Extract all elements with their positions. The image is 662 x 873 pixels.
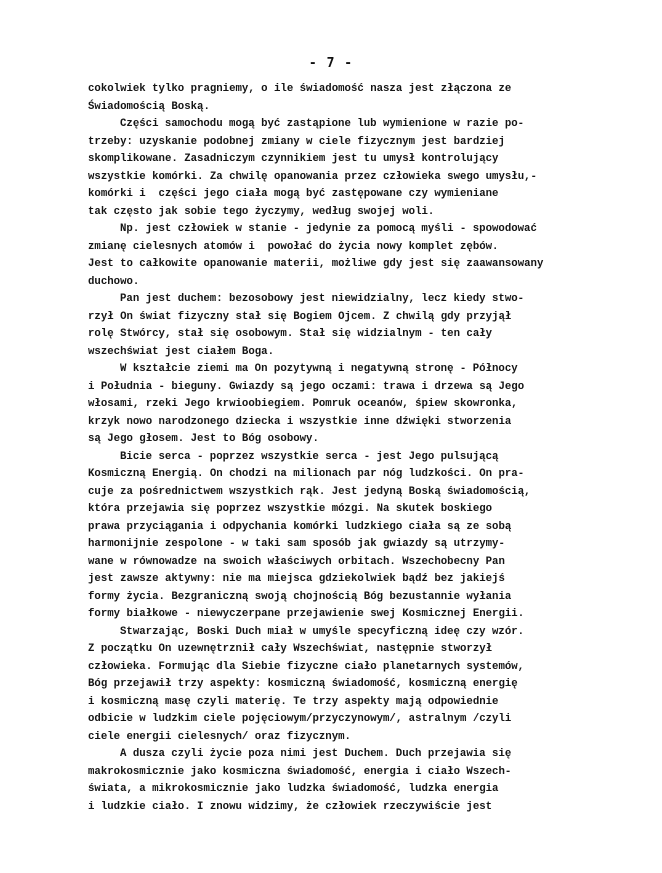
text-line: prawa przyciągania i odpychania komórki … <box>88 519 648 537</box>
text-line: zmianę cielesnych atomów i powołać do ży… <box>88 239 648 257</box>
text-line: wane w równowadze na swoich właściwych o… <box>88 554 648 572</box>
text-line: która przejawia się poprzez wszystkie mó… <box>88 501 648 519</box>
text-line: rolę Stwórcy, stał się osobowym. Stał si… <box>88 326 648 344</box>
text-line: włosami, rzeki Jego krwioobiegiem. Pomru… <box>88 396 648 414</box>
text-line: wszechświat jest ciałem Boga. <box>88 344 648 362</box>
text-line: Świadomością Boską. <box>88 99 648 117</box>
text-line: skomplikowane. Zasadniczym czynnikiem je… <box>88 151 648 169</box>
text-line: formy białkowe - niewyczerpane przejawie… <box>88 606 648 624</box>
text-line: Bóg przejawił trzy aspekty: kosmiczną św… <box>88 676 648 694</box>
document-body: cokolwiek tylko pragniemy, o ile świadom… <box>88 81 648 816</box>
text-line: są Jego głosem. Jest to Bóg osobowy. <box>88 431 648 449</box>
text-line: harmonijnie zespolone - w taki sam sposó… <box>88 536 648 554</box>
text-line: jest zawsze aktywny: nie ma miejsca gdzi… <box>88 571 648 589</box>
text-line: tak często jak sobie tego życzymy, wedłu… <box>88 204 648 222</box>
text-line: ciele energii cielesnych/ oraz fizycznym… <box>88 729 648 747</box>
text-line: odbicie w ludzkim ciele pojęciowym/przyc… <box>88 711 648 729</box>
text-line: człowieka. Formując dla Siebie fizyczne … <box>88 659 648 677</box>
text-line: formy życia. Bezgraniczną swoją chojnośc… <box>88 589 648 607</box>
text-line: trzeby: uzyskanie podobnej zmiany w ciel… <box>88 134 648 152</box>
text-line: świata, a mikrokosmicznie jako ludzka św… <box>88 781 648 799</box>
text-line: rzył On świat fizyczny stał się Bogiem O… <box>88 309 648 327</box>
text-line: Jest to całkowite opanowanie materii, mo… <box>88 256 648 274</box>
text-line: i ludzkie ciało. I znowu widzimy, że czł… <box>88 799 648 817</box>
text-line: i kosmiczną masę czyli materię. Te trzy … <box>88 694 648 712</box>
text-line: komórki i części jego ciała mogą być zas… <box>88 186 648 204</box>
text-line: W kształcie ziemi ma On pozytywną i nega… <box>88 361 648 379</box>
text-line: Np. jest człowiek w stanie - jedynie za … <box>88 221 648 239</box>
text-line: makrokosmicznie jako kosmiczna świadomoś… <box>88 764 648 782</box>
text-line: Bicie serca - poprzez wszystkie serca - … <box>88 449 648 467</box>
text-line: i Południa - bieguny. Gwiazdy są jego oc… <box>88 379 648 397</box>
text-line: cuje za pośrednictwem wszystkich rąk. Je… <box>88 484 648 502</box>
text-line: Kosmiczną Energią. On chodzi na milionac… <box>88 466 648 484</box>
text-line: Części samochodu mogą być zastąpione lub… <box>88 116 648 134</box>
text-line: krzyk nowo narodzonego dziecka i wszystk… <box>88 414 648 432</box>
text-line: Pan jest duchem: bezosobowy jest niewidz… <box>88 291 648 309</box>
text-line: Z początku On uzewnętrznił cały Wszechśw… <box>88 641 648 659</box>
text-line: A dusza czyli życie poza nimi jest Duche… <box>88 746 648 764</box>
text-line: duchowo. <box>88 274 648 292</box>
page-number: - 7 - <box>0 56 662 71</box>
text-line: cokolwiek tylko pragniemy, o ile świadom… <box>88 81 648 99</box>
text-line: wszystkie komórki. Za chwilę opanowania … <box>88 169 648 187</box>
text-line: Stwarzając, Boski Duch miał w umyśle spe… <box>88 624 648 642</box>
